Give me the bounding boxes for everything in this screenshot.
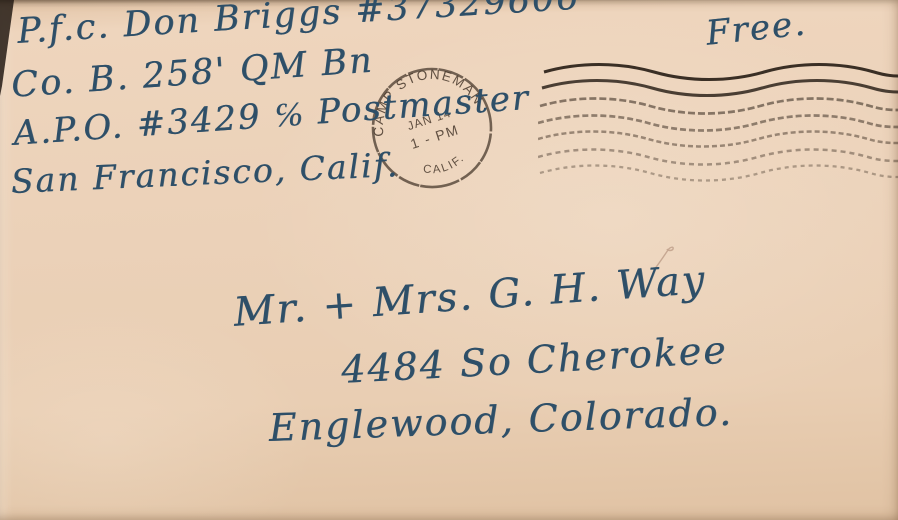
cancellation-wavy-lines [538,60,898,188]
return-address-name: P.f.c. Don Briggs #37329606 [16,0,581,52]
recipient-name: Mr. + Mrs. G. H. Way [232,257,708,336]
postmark-arc-bottom-text: CALIF. [419,150,469,181]
free-frank-notation: Free. [704,3,809,53]
recipient-street: 4484 So Cherokee [340,328,729,392]
recipient-city: Englewood, Colorado. [268,390,734,450]
return-address-city: San Francisco, Calif. [10,145,400,201]
envelope-scan: P.f.c. Don Briggs #37329606 Co. B. 258' … [0,0,898,520]
